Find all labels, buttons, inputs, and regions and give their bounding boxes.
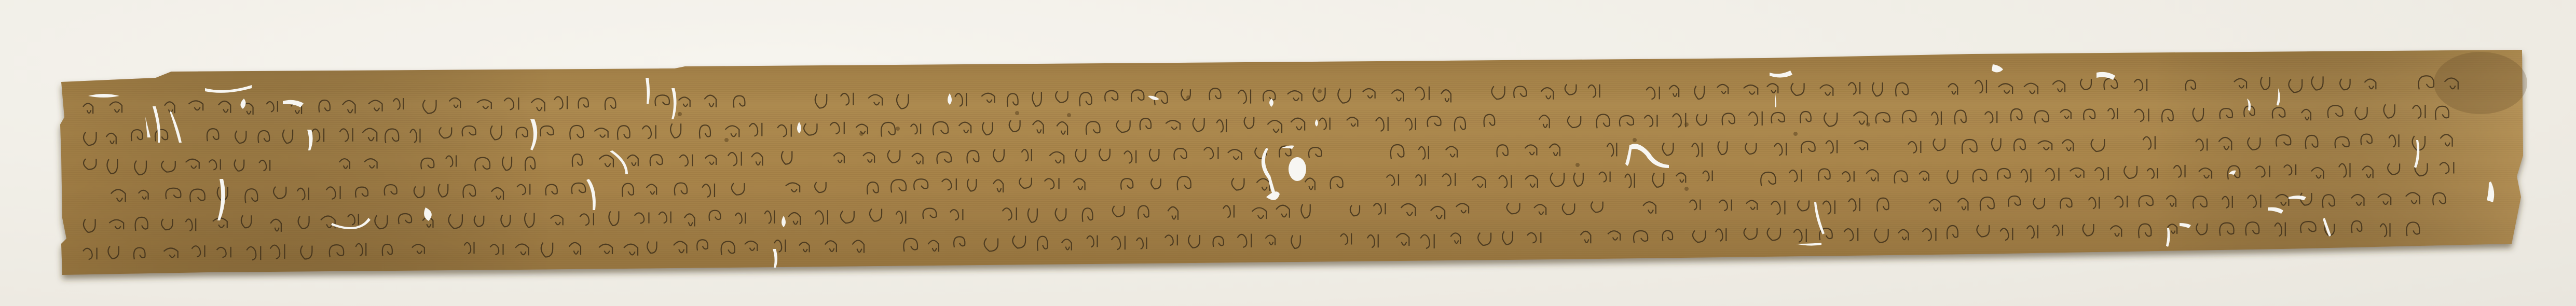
manuscript-photo: Inscribed palm-leaf manuscript folio, Od…: [0, 0, 2576, 306]
palm-leaf: [0, 0, 2576, 306]
